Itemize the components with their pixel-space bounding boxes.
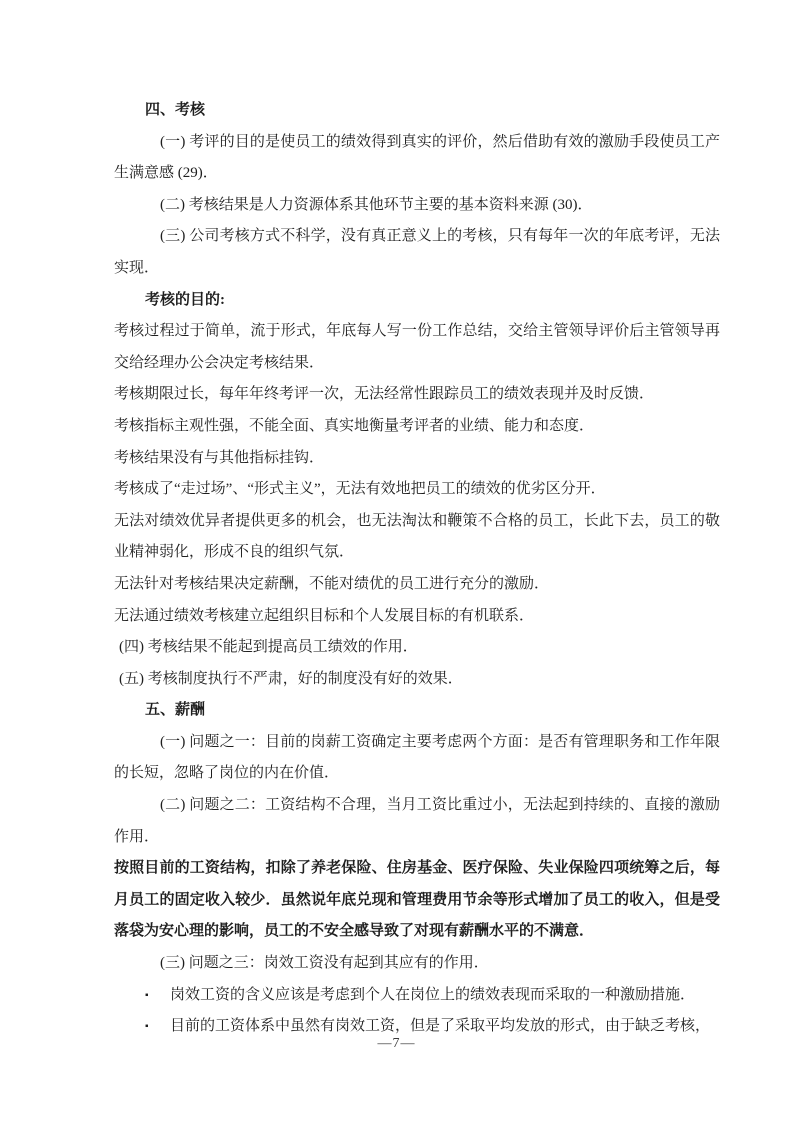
paragraph: 无法对绩效优异者提供更多的机会，也无法淘汰和鞭策不合格的员工，长此下去，员工的敬… <box>114 506 720 569</box>
paragraph: (二) 考核结果是人力资源体系其他环节主要的基本资料来源 (30)． <box>114 190 720 222</box>
paragraph: 考核过程过于简单，流于形式，年底每人写一份工作总结，交给主管领导评价后主管领导再… <box>114 316 720 379</box>
paragraph: (二) 问题之二：工资结构不合理，当月工资比重过小，无法起到持续的、直接的激励作… <box>114 790 720 853</box>
paragraph: (一) 考评的目的是使员工的绩效得到真实的评价，然后借助有效的激励手段使员工产生… <box>114 127 720 190</box>
paragraph: 按照目前的工资结构，扣除了养老保险、住房基金、医疗保险、失业保险四项统筹之后，每… <box>114 853 720 948</box>
bullet-item: ▪岗效工资的含义应该是考虑到个人在岗位上的绩效表现而采取的一种激励措施． <box>114 980 720 1012</box>
bullet-text: 目前的工资体系中虽然有岗效工资，但是了采取平均发放的形式，由于缺乏考核， <box>170 1018 710 1034</box>
document-page: 四、考核(一) 考评的目的是使员工的绩效得到真实的评价，然后借助有效的激励手段使… <box>0 0 793 1122</box>
paragraph: (四) 考核结果不能起到提高员工绩效的作用． <box>114 632 720 664</box>
paragraph: 考核成了“走过场”、“形式主义”，无法有效地把员工的绩效的优劣区分开． <box>114 474 720 506</box>
paragraph: 考核期限过长，每年年终考评一次，无法经常性跟踪员工的绩效表现并及时反馈． <box>114 379 720 411</box>
paragraph: 无法通过绩效考核建立起组织目标和个人发展目标的有机联系． <box>114 601 720 633</box>
section-heading: 考核的目的: <box>114 285 720 317</box>
paragraph: 无法针对考核结果决定薪酬，不能对绩优的员工进行充分的激励． <box>114 569 720 601</box>
paragraph: 考核结果没有与其他指标挂钩． <box>114 443 720 475</box>
page-number: —7— <box>378 1036 416 1051</box>
paragraph: (五) 考核制度执行不严肃，好的制度没有好的效果． <box>114 664 720 696</box>
paragraph: (三) 公司考核方式不科学，没有真正意义上的考核，只有每年一次的年底考评，无法实… <box>114 221 720 284</box>
section-heading: 五、薪酬 <box>114 695 720 727</box>
paragraph: (三) 问题之三：岗效工资没有起到其应有的作用． <box>114 948 720 980</box>
bullet-text: 岗效工资的含义应该是考虑到个人在岗位上的绩效表现而采取的一种激励措施． <box>170 987 695 1003</box>
document-body: 四、考核(一) 考评的目的是使员工的绩效得到真实的评价，然后借助有效的激励手段使… <box>114 95 720 1043</box>
bullet-square-icon: ▪ <box>145 980 149 1012</box>
paragraph: (一) 问题之一：目前的岗薪工资确定主要考虑两个方面：是否有管理职务和工作年限的… <box>114 727 720 790</box>
paragraph: 考核指标主观性强，不能全面、真实地衡量考评者的业绩、能力和态度． <box>114 411 720 443</box>
page-footer: —7— <box>0 1033 793 1055</box>
section-heading: 四、考核 <box>114 95 720 127</box>
